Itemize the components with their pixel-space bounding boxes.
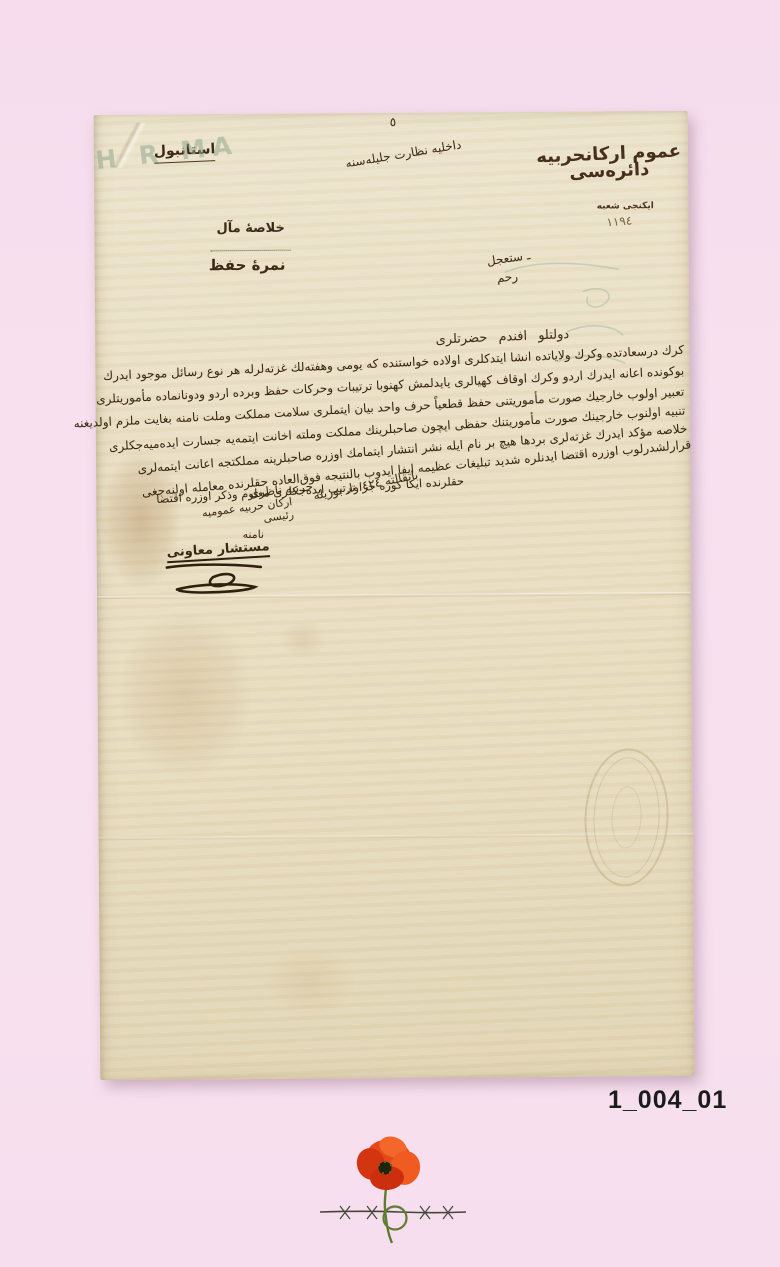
file-number-label: نمرهٔ حفظ xyxy=(209,256,286,275)
letterhead-branch: ايكنجى شعبه xyxy=(594,201,656,211)
paper-stain xyxy=(99,589,270,800)
urgency-note: رحم xyxy=(496,269,518,285)
embossed-seal-icon xyxy=(581,747,671,889)
signature-flourish xyxy=(155,558,275,601)
catalog-label: 1_004_01 xyxy=(608,1086,727,1115)
paper-stain xyxy=(249,933,370,1029)
paper-stain xyxy=(272,613,334,665)
poppy-barbed-wire-icon xyxy=(305,1132,485,1260)
letterhead-number: ١١٩٤ xyxy=(606,213,633,229)
summary-label: خلاصهٔ مآل xyxy=(216,221,285,236)
letterhead-calligraphy: عموم اركانحربيه دائره‌سى xyxy=(529,142,688,183)
poppy-flower-icon xyxy=(353,1133,424,1191)
barbed-wire-icon xyxy=(320,1206,466,1219)
summary-underline xyxy=(211,250,291,252)
archive-page: ٥ استانبول داخليه نظارت جليله‌سنه عموم ا… xyxy=(0,0,780,1267)
document-paper: ٥ استانبول داخليه نظارت جليله‌سنه عموم ا… xyxy=(94,111,695,1080)
